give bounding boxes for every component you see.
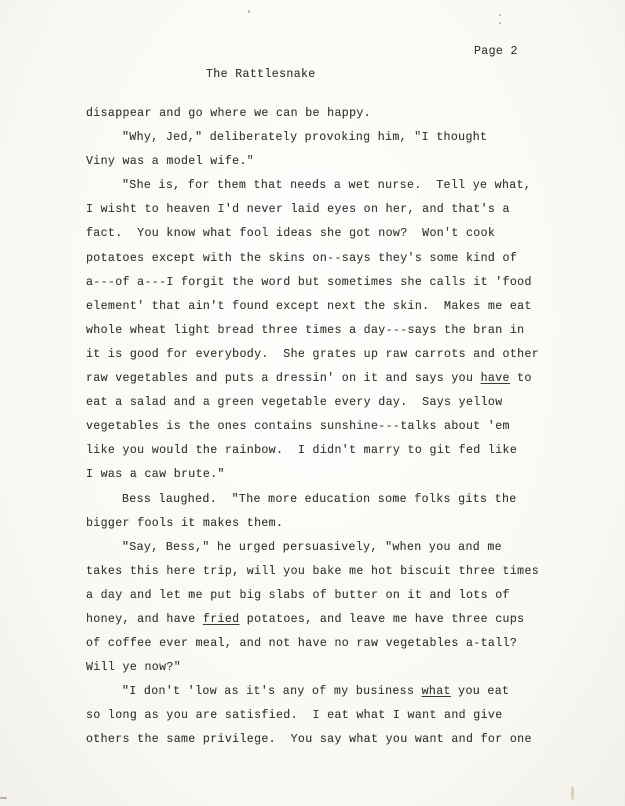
text-line: takes this here trip, will you bake me h… — [86, 560, 539, 584]
paper-speck — [499, 22, 501, 24]
text-line: Bess laughed. "The more education some f… — [86, 488, 539, 512]
text-line: bigger fools it makes them. — [86, 512, 539, 536]
text-run: to — [510, 372, 532, 385]
text-line: so long as you are satisfied. I eat what… — [86, 704, 539, 728]
text-run: Viny was a model wife." — [86, 155, 254, 168]
text-line: Viny was a model wife." — [86, 150, 539, 174]
text-run: Will ye now?" — [86, 661, 181, 674]
text-line: "Why, Jed," deliberately provoking him, … — [86, 126, 539, 150]
text-line: raw vegetables and puts a dressin' on it… — [86, 367, 539, 391]
page-number: Page 2 — [474, 45, 518, 58]
paper-speck — [248, 10, 250, 13]
text-run: "Why, Jed," deliberately provoking him, … — [122, 131, 487, 144]
text-run: a---of a---I forgit the word but sometim… — [86, 276, 532, 289]
text-line: a day and let me put big slabs of butter… — [86, 584, 539, 608]
text-run: you eat — [451, 685, 509, 698]
text-run: potatoes except with the skins on--says … — [86, 252, 517, 265]
document-title: The Rattlesnake — [206, 68, 316, 81]
text-run: honey, and have — [86, 613, 203, 626]
text-line: eat a salad and a green vegetable every … — [86, 391, 539, 415]
text-line: potatoes except with the skins on--says … — [86, 247, 539, 271]
text-line: I wisht to heaven I'd never laid eyes on… — [86, 198, 539, 222]
text-run: "I don't 'low as it's any of my business — [122, 685, 422, 698]
text-run: bigger fools it makes them. — [86, 517, 283, 530]
text-line: element' that ain't found except next th… — [86, 295, 539, 319]
text-line: "I don't 'low as it's any of my business… — [86, 680, 539, 704]
text-line: like you would the rainbow. I didn't mar… — [86, 439, 539, 463]
text-run: of coffee ever meal, and not have no raw… — [86, 637, 517, 650]
text-run: raw vegetables and puts a dressin' on it… — [86, 372, 481, 385]
text-run: others the same privilege. You say what … — [86, 733, 532, 746]
text-run: like you would the rainbow. I didn't mar… — [86, 444, 517, 457]
text-line: a---of a---I forgit the word but sometim… — [86, 271, 539, 295]
text-run: potatoes, and leave me have three cups — [239, 613, 524, 626]
typewritten-page: Page 2 The Rattlesnake disappear and go … — [0, 0, 625, 806]
text-run: whole wheat light bread three times a da… — [86, 324, 524, 337]
text-run: element' that ain't found except next th… — [86, 300, 532, 313]
text-run: takes this here trip, will you bake me h… — [86, 565, 539, 578]
underlined-word: what — [422, 685, 451, 698]
text-line: "Say, Bess," he urged persuasively, "whe… — [86, 536, 539, 560]
paper-speck — [0, 797, 7, 799]
text-line: whole wheat light bread three times a da… — [86, 319, 539, 343]
text-line: Will ye now?" — [86, 656, 539, 680]
text-run: vegetables is the ones contains sunshine… — [86, 420, 510, 433]
underlined-word: fried — [203, 613, 240, 626]
text-run: "She is, for them that needs a wet nurse… — [122, 179, 531, 192]
text-line: fact. You know what fool ideas she got n… — [86, 222, 539, 246]
text-line: disappear and go where we can be happy. — [86, 102, 539, 126]
text-line: vegetables is the ones contains sunshine… — [86, 415, 539, 439]
text-run: it is good for everybody. She grates up … — [86, 348, 539, 361]
text-line: I was a caw brute." — [86, 463, 539, 487]
text-run: disappear and go where we can be happy. — [86, 107, 371, 120]
paper-speck — [499, 14, 501, 16]
text-run: a day and let me put big slabs of butter… — [86, 589, 510, 602]
underlined-word: have — [481, 372, 510, 385]
text-run: Bess laughed. "The more education some f… — [122, 493, 517, 506]
text-line: it is good for everybody. She grates up … — [86, 343, 539, 367]
body-text: disappear and go where we can be happy."… — [86, 102, 539, 753]
paper-speck — [571, 786, 574, 800]
text-line: others the same privilege. You say what … — [86, 728, 539, 752]
text-run: fact. You know what fool ideas she got n… — [86, 227, 495, 240]
text-run: I wisht to heaven I'd never laid eyes on… — [86, 203, 510, 216]
text-run: so long as you are satisfied. I eat what… — [86, 709, 503, 722]
text-line: "She is, for them that needs a wet nurse… — [86, 174, 539, 198]
text-run: eat a salad and a green vegetable every … — [86, 396, 503, 409]
text-line: honey, and have fried potatoes, and leav… — [86, 608, 539, 632]
text-run: I was a caw brute." — [86, 468, 225, 481]
text-run: "Say, Bess," he urged persuasively, "whe… — [122, 541, 502, 554]
text-line: of coffee ever meal, and not have no raw… — [86, 632, 539, 656]
